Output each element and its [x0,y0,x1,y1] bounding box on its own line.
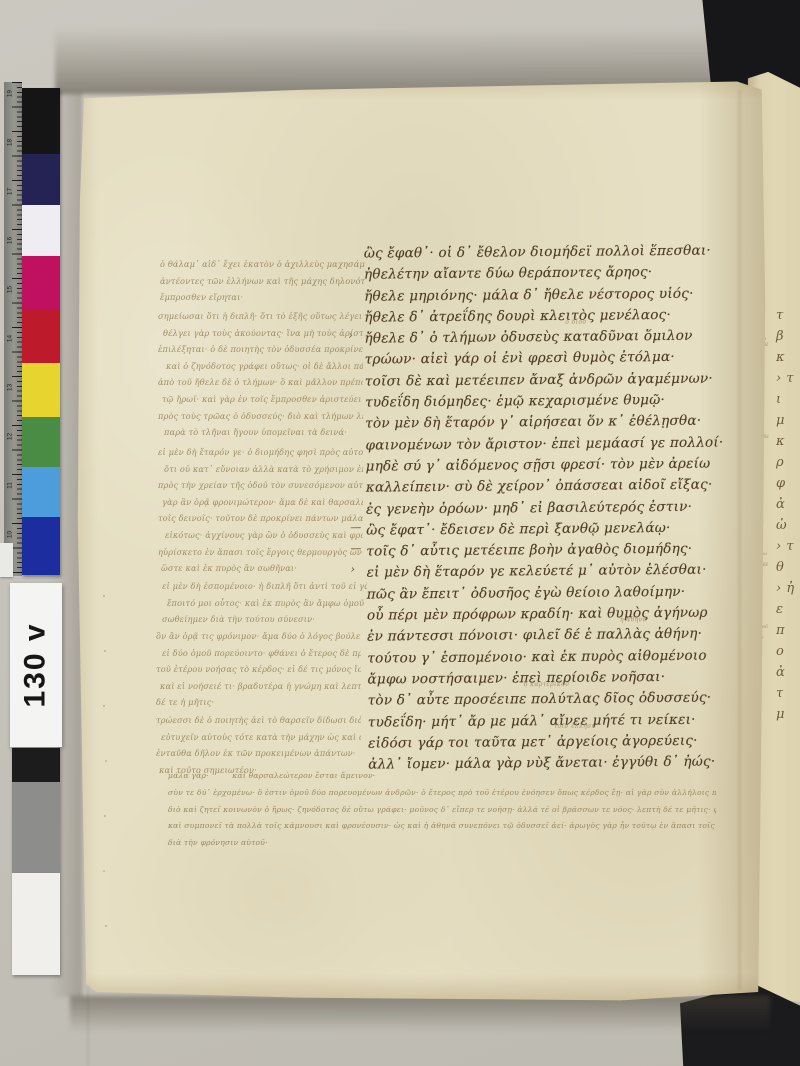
manuscript-photograph: τ β κ › τ ι μ κ ρ φ ἀ ὡ › τ θ › ἠ ε [0,0,800,1066]
interlinear-gloss: ὁ καρτερικόσ [524,681,570,688]
facing-page-line-start: › ἠ [776,581,795,596]
cloth-shadow-bottom [70,996,770,1032]
color-patch [22,467,60,517]
facing-page-line-start: τ [776,308,784,323]
bottom-scholia-block: μάλα γάρ· καὶ θαρσαλεώτερον ἔσται ἄμεινο… [168,768,716,852]
interlinear-gloss: ὁ δῒοσ [565,318,587,325]
interlinear-gloss: ἡ ἀθηνᾶ [620,616,647,623]
verse-text: εἰδόσι γάρ τοι ταῦτα μετ᾽ ἀργείοις ἀγορε… [368,733,698,752]
verse-text: τυδεΐδη· μήτ᾽ ἄρ με μάλ᾽ αἴνεε μήτέ τι ν… [368,711,696,730]
scholia-line: τοῖς δεινοῖς· τοῦτον δὲ προκρίνει πάντων… [158,510,363,527]
bottom-scholia-line: μάλα γάρ· καὶ θαρσαλεώτερον ἔσται ἄμεινο… [168,768,716,785]
folio-label: 130 v [10,583,62,747]
scholia-line: εἰ δύο ὁμοῦ πορεύοιντο· φθάνει ὁ ἕτερος … [162,645,361,662]
facing-page-line-start: ο [776,644,784,659]
bottom-scholia-line: διὰ τὴν φρόνησιν αὐτοῦ· [168,835,716,852]
facing-page-line-start: ι [776,392,782,407]
color-patch [22,154,60,205]
scholia-line: τρώεσσι δὲ ὁ ποιητὴς ἀεὶ τὸ θαρσεῖν δίδω… [156,712,361,729]
facing-page-line-start: τ [776,686,784,701]
scholia-line: ἀπὸ τοῦ ἤθελε δὲ ὁ τλήμων· ὃ καὶ μᾶλλον … [158,374,363,391]
verse-text: ἐν πάντεσσι πόνοισι· φιλεῖ δέ ἑ παλλὰς ἀ… [367,626,702,645]
scholia-line: ἐπιλέξηται· ὁ δὲ ποιητὴς τὸν ὀδυσσέα προ… [158,341,363,358]
verse-text: καλλείπειν· σὺ δὲ χείρον᾽ ὀπάσσεαι αἰδοῖ… [366,477,713,496]
grayscale-patch [12,782,60,873]
scholia-line: ὅτι οὐ κατ᾽ εὔνοιαν ἀλλὰ κατὰ τὸ χρήσιμο… [164,461,363,478]
scholia-line: ἔμπροσθεν εἴρηται· [160,289,365,306]
gutter-crease [738,90,741,990]
ruler-number: 11 [7,480,14,492]
color-patch [22,417,60,467]
scholia-line: τῷ ἥρωϊ· καὶ γὰρ ἐν τοῖς ἔμπροσθεν ἀριστ… [162,391,363,408]
verse-text: τοῖς δ᾽ αὖτις μετέειπε βοὴν ἀγαθὸς διομή… [366,541,692,560]
verse-text: τοῖσι δὲ καὶ μετέειπεν ἄναξ ἀνδρῶν ἀγαμέ… [365,370,713,389]
ruler-number: 15 [7,284,14,296]
facing-page-line-start: β [776,329,784,344]
verse-text: ὣς ἔφατ᾽· ἔδεισεν δὲ περὶ ξανθῷ μενελάῳ· [366,520,670,539]
scholia-line: πρὸς τοὺς τρῶας ὁ ὀδυσσεύς· διὸ καὶ τλήμ… [158,408,363,425]
verse-text: ὣς ἔφαθ᾽· οἱ δ᾽ ἔθελον διομήδεϊ πολλοὶ ἕ… [364,243,711,262]
bottom-scholia-line: διὸ καὶ ζητεῖ κοινωνὸν ὁ ἥρως· ζηνόδοτος… [168,802,716,819]
scholia-block: ὁ θάλαμ᾽ αἰδ᾽ ἔχει ἑκατὸν ὁ ἀχιλλεὺς μαχ… [160,256,365,306]
facing-page-line-start: φ [776,476,786,491]
facing-page-line-start: › τ [776,371,794,386]
verse-text: τυδεΐδη διόμηδες· ἐμῷ κεχαρισμένε θυμῷ· [365,392,665,411]
scholia-line: ἐνταῦθα δῆλον ἐκ τῶν προκειμένων ἁπάντων… [156,745,361,762]
scholia-line: δέ τε ἡ μῆτις· [156,694,361,711]
ruler-number: 16 [7,235,14,247]
verse-text: πῶς ἂν ἔπειτ᾽ ὀδυσῆος ἐγὼ θείοιο λαθοίμη… [367,584,686,603]
verse-text: τὸν μὲν δὴ ἕταρόν γ᾽ αἱρήσεαι ὅν κ᾽ ἐθέλ… [365,413,701,432]
photo-ruler: 19 18 17 16 15 14 13 12 11 10 [4,82,22,576]
scholia-line: καὶ ὁ ζηνόδοτος γράφει οὕτως· οἱ δὲ ἄλλο… [166,358,363,375]
verse-text: ἤθελε μηριόνης· μάλα δ᾽ ἤθελε νέστορος υ… [364,285,694,304]
scholia-line: πρὸς τὴν χρείαν τῆς ὁδοῦ τὸν συνεσόμενον… [158,477,363,494]
scholia-line: σωθείημεν διὰ τὴν τούτου σύνεσιν· [162,611,367,628]
verse-text: τούτου γ᾽ ἑσπομένοιο· καὶ ἐκ πυρὸς αἰθομ… [367,647,707,666]
scholia-line: ὃν ἂν ὁρᾷ τις φρόνιμον· ἅμα δύο ὁ λόγος … [156,628,361,645]
ruler-number: 12 [7,431,14,443]
bottom-scholia-line: σὺν τε δύ᾽ ἐρχομένω· ὅ ἐστιν ὁμοῦ δύο πο… [168,785,716,802]
main-text-column: ὣς ἔφαθ᾽· οἱ δ᾽ ἔθελον διομήδεϊ πολλοὶ ἕ… [364,239,741,775]
facing-page-line-start: ὡ [776,518,787,533]
color-patch [22,205,60,256]
scholia-line: ὥστε καὶ ἐκ πυρὸς ἂν σωθῆναι· [161,560,363,577]
bottom-scholia-line: καὶ συμπονεῖ τὰ πολλὰ τοῖς κάμνουσι καὶ … [168,818,716,835]
scholia-line: εἰκότως· ἀγχίνους γὰρ ὢν ὁ ὀδυσσεὺς καὶ … [165,527,363,544]
scholia-line: γὰρ ἂν ὁρᾷ φρονιμώτερον· ἅμα δὲ καὶ θαρσ… [162,494,363,511]
color-patch [22,363,60,417]
facing-page-line-start: κ [776,350,785,365]
scholia-line: ἕποιτό μοι οὗτος· καὶ ἐκ πυρὸς ἂν ἄμφω ὁ… [167,595,367,612]
verse-text: τρώων· αἰεὶ γάρ οἱ ἐνὶ φρεσὶ θυμὸς ἐτόλμ… [365,349,675,368]
color-patch [22,88,60,154]
ruler-number: 19 [7,88,14,100]
color-patch [22,310,60,363]
ruler-number: 13 [7,382,14,394]
verse-text: ἄμφω νοστήσαιμεν· ἐπεὶ περίοιδε νοῆσαι· [367,669,665,688]
scholia-line: ὁ θάλαμ᾽ αἰδ᾽ ἔχει ἑκατὸν ὁ ἀχιλλεὺς μαχ… [160,256,365,273]
verse-text: ἠθελέτην αἴαντε δύω θεράποντες ἄρηος· [364,264,652,283]
facing-page-line-start: ε [776,602,783,617]
scholia-line: σημείωσαι ὅτι ἡ διπλῆ· ὅτι τὸ ἑξῆς οὕτως… [158,308,363,325]
pricking-holes [103,595,105,597]
verse-text: ἤθελε δ᾽ ὁ τλήμων ὀδυσεὺς καταδῦναι ὅμιλ… [364,328,692,347]
verse-text: ἤθελε δ᾽ ἀτρεΐδης δουρὶ κλειτὸς μενέλαος… [364,307,671,326]
ruler-end-label [0,543,13,577]
scholia-line: παρὰ τὸ τλῆναι ἤγουν ὑπομεῖναι τὰ δεινά· [164,424,363,441]
scholia-line: θέλγει γὰρ τοὺς ἀκούοντας· ἵνα μὴ τοὺς ἀ… [163,325,363,342]
scholia-line: καὶ εἰ νοήσειέ τι· βραδυτέρα ἡ γνώμη καὶ… [160,678,361,695]
facing-page-line-start: κ [776,434,785,449]
facing-page-line-start: › τ [776,539,794,554]
ruler-ticks-major [12,82,22,576]
ruler-number: 14 [7,333,14,345]
facing-page-line-start: θ [776,560,784,575]
ruler-number: 18 [7,137,14,149]
scholia-line: εἰ μὲν δὴ ἑσπομένοιο· ἡ διπλῆ ὅτι ἀντὶ τ… [162,578,367,595]
scholia-line: ηὑρίσκετο ἐν ἅπασι τοῖς ἔργοις θερμουργὸ… [158,544,363,561]
facing-page-line-start: μ [776,413,785,428]
facing-page-line-start: μ [776,707,785,722]
scholia-line: τοῦ ἑτέρου νοήσας τὸ κέρδος· εἰ δέ τις μ… [156,661,361,678]
verse-text: εἰ μὲν δὴ ἕταρόν γε κελεύετέ μ᾽ αὐτὸν ἑλ… [366,562,706,581]
ruler-number: 10 [7,529,14,541]
verse-text: οὗ πέρι μὲν πρόφρων κραδίη· καὶ θυμὸς ἀγ… [367,605,708,624]
verse-text: τὸν δ᾽ αὖτε προσέειπε πολύτλας δῖος ὀδυσ… [368,690,712,709]
color-patch [22,517,60,575]
scholia-line: εἰ μὲν δὴ ἕταρόν γε· ὁ διομήδης φησὶ πρὸ… [158,444,363,461]
verse-text: φαινομένων τὸν ἄριστον· ἐπεὶ μεμάασί γε … [365,434,723,453]
facing-page-line-start: ἀ [776,497,785,512]
verse-text: ἐς γενεὴν ὁρόων· μηδ᾽ εἰ βασιλεύτερός ἐσ… [366,498,692,517]
grayscale-patch [12,873,60,975]
scholia-block: εἰ μὲν δὴ ἕταρόν γε· ὁ διομήδης φησὶ πρὸ… [158,444,363,577]
facing-page-line-start: ἀ [776,665,785,680]
color-patch [22,256,60,310]
facing-page-line-start: ρ [776,455,784,470]
scholia-line: εὐτυχεῖν αὐτοὺς τότε κατὰ τὴν μάχην ὡς κ… [161,729,361,746]
scholia-line: ἀντέοντες τῶν ἑλλήνων καὶ τῆς μάχης δηλο… [160,273,365,290]
folio-label-text: 130 v [19,622,53,707]
scholia-block: σημείωσαι ὅτι ἡ διπλῆ· ὅτι τὸ ἑξῆς οὕτως… [158,308,363,441]
grayscale-patch [12,748,60,782]
scholia-block: εἰ μὲν δὴ ἑσπομένοιο· ἡ διπλῆ ὅτι ἀντὶ τ… [162,578,367,628]
ruler-number: 17 [7,186,14,198]
verse-text: μηδὲ σύ γ᾽ αἰδόμενος σῇσι φρεσί· τὸν μὲν… [366,456,711,475]
color-calibration-bar [22,88,60,575]
scholia-block: ὃν ἂν ὁρᾷ τις φρόνιμον· ἅμα δύο ὁ λόγος … [156,628,361,711]
facing-page-line-start: π [776,623,785,638]
interlinear-gloss: τοῖσ ἕλλησι [554,723,595,730]
